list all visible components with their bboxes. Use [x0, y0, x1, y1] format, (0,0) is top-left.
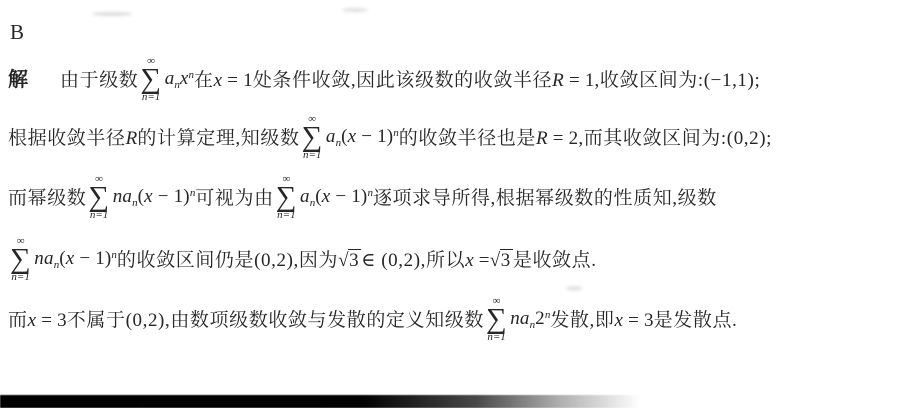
solution-paragraph: ∞∑n=1nan(x − 1)n 的收敛区间仍是(0,2),因为√3 ∈ (0,…: [8, 232, 912, 288]
sigma-glyph: ∑: [302, 124, 323, 150]
solution-paragraph: 解由于级数∞∑n=1anxn 在 x = 1 处条件收敛,因此该级数的收敛半径 …: [8, 52, 912, 108]
sigma-glyph: ∑: [10, 246, 31, 272]
text-run: 由于级数: [60, 71, 138, 90]
scan-edge-shadow: [0, 395, 660, 408]
text-run: 而: [8, 311, 28, 330]
square-root: √3: [338, 251, 361, 270]
summation-symbol: ∞∑n=1: [276, 174, 297, 221]
sum-lower-limit: n=1: [90, 210, 108, 220]
sum-lower-limit: n=1: [277, 210, 295, 220]
solution-paragraph: 根据收敛半径 R 的计算定理,知级数∞∑n=1an(x − 1)n 的收敛半径也…: [8, 110, 912, 166]
sigma-glyph: ∑: [486, 306, 507, 332]
sum-lower-limit: n=1: [142, 92, 160, 102]
summation-symbol: ∞∑n=1: [88, 174, 109, 221]
text-run: 的计算定理,知级数: [137, 129, 299, 148]
radicand: 3: [348, 249, 361, 271]
math-expression: nan(x − 1)n: [113, 187, 196, 209]
text-run: 处条件收敛,因此该级数的收敛半径: [253, 71, 552, 90]
text-run: 在: [194, 71, 214, 90]
math-expression: x = 3: [614, 311, 653, 330]
text-run: 不属于(0,2),由数项级数收敛与发散的定义知级数: [67, 311, 484, 330]
math-expression: an(x − 1)n: [326, 127, 399, 149]
text-run: 的收敛半径也是: [399, 129, 536, 148]
answer-choice-label: B: [10, 20, 25, 45]
text-run: ,收敛区间为:(−1,1);: [595, 71, 761, 90]
text-run: ,而其收敛区间为:(0,2);: [578, 129, 772, 148]
math-expression: R = 1: [552, 71, 594, 90]
radicand: 3: [500, 249, 513, 271]
text-run: 逐项求导所得,根据幂级数的性质知,级数: [373, 189, 717, 208]
summation-symbol: ∞∑n=1: [140, 56, 161, 103]
solution-paragraph: 而 x = 3 不属于(0,2),由数项级数收敛与发散的定义知级数∞∑n=1na…: [8, 292, 912, 348]
text-run: 而幂级数: [8, 189, 86, 208]
math-expression: nan(x − 1)n: [34, 249, 117, 271]
scan-smudge: [92, 12, 132, 16]
math-expression: an(x − 1)n: [300, 187, 373, 209]
text-run: 是收敛点.: [513, 251, 597, 270]
math-expression: x = 3: [28, 311, 67, 330]
math-expression: x =: [465, 251, 490, 270]
summation-symbol: ∞∑n=1: [486, 296, 507, 343]
math-expression: R: [126, 129, 138, 148]
scan-smudge: [342, 8, 368, 12]
text-run: 可视为由: [195, 189, 273, 208]
text-run: ∈ (0,2),所以: [361, 251, 465, 270]
sum-lower-limit: n=1: [487, 332, 505, 342]
sum-lower-limit: n=1: [303, 150, 321, 160]
summation-symbol: ∞∑n=1: [302, 114, 323, 161]
solution-paragraph: 而幂级数∞∑n=1nan(x − 1)n 可视为由∞∑n=1an(x − 1)n…: [8, 170, 912, 226]
math-expression: nan2n: [510, 309, 550, 331]
sigma-glyph: ∑: [140, 66, 161, 92]
sigma-glyph: ∑: [276, 184, 297, 210]
sigma-glyph: ∑: [88, 184, 109, 210]
square-root: √3: [490, 251, 513, 270]
math-expression: R = 2: [536, 129, 578, 148]
text-run: 根据收敛半径: [8, 129, 126, 148]
text-run: 的收敛区间仍是(0,2),因为: [117, 251, 338, 270]
summation-symbol: ∞∑n=1: [10, 236, 31, 283]
solution-label: 解: [8, 70, 30, 90]
sum-lower-limit: n=1: [11, 272, 29, 282]
math-expression: x = 1: [214, 71, 253, 90]
text-run: 发散,即: [550, 311, 614, 330]
text-run: 是发散点.: [654, 311, 738, 330]
scanned-solution-page: B 解由于级数∞∑n=1anxn 在 x = 1 处条件收敛,因此该级数的收敛半…: [0, 0, 916, 408]
math-expression: anxn: [165, 69, 194, 91]
